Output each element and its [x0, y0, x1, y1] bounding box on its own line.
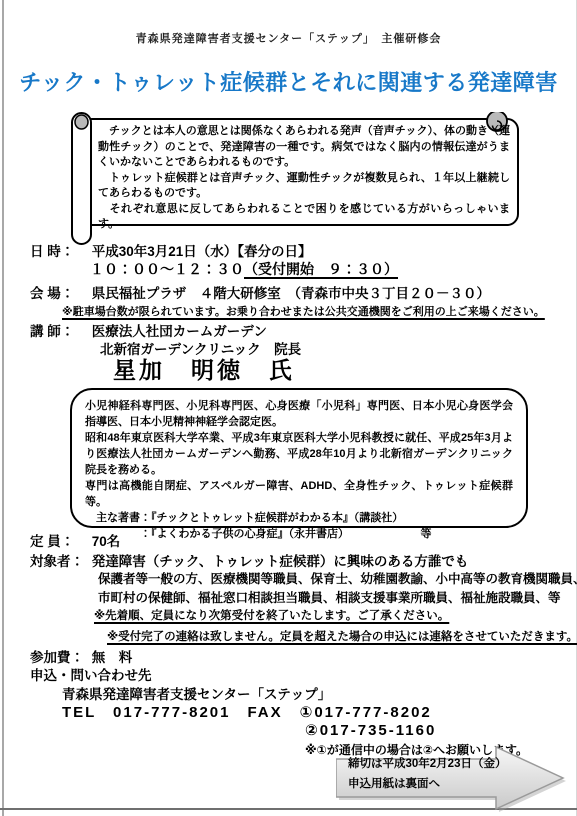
audience-line-2: 保護者等一般の方、医療機関等職員、保育士、幼稚園教諭、小中高等の教育機関職員、 — [98, 569, 577, 587]
audience-line-1: 発達障害（チック、トゥレット症候群）に興味のある方誰でも — [92, 554, 469, 569]
bio-specialty: 専門は高機能自閉症、アスペルガー障害、ADHD、全身性チック、トゥレット症候群等… — [85, 478, 513, 510]
deadline-arrow: 締切は平成30年2月23日（金） 申込用紙は裏面へ — [336, 746, 566, 812]
deadline-line-1: 締切は平成30年2月23日（金） — [348, 754, 506, 774]
page-edge-left — [2, 0, 4, 816]
intro-paragraph-2: トゥレット症候群とは音声チック、運動性チックが複数見られ、１年以上継続してあらわ… — [98, 171, 510, 202]
organizer-header: 青森県発達障害者支援センター「ステップ」 主催研修会 — [0, 30, 577, 46]
contact-tel-fax: TEL 017-777-8201 FAX ①017-777-8202 — [62, 701, 432, 722]
schedule-time-row: １０：００～１２：３０（受付開始 ９：３０） — [90, 259, 398, 279]
lecturer-organization: 医療法人社団カームガーデン — [92, 324, 267, 339]
schedule-reception: （受付開始 ９：３０） — [244, 261, 398, 277]
capacity-value: 70名 — [92, 534, 121, 549]
intro-paragraph-1: チックとは本人の意思とは関係なくあらわれる発声（音声チック）、体の動き（運動性チ… — [98, 124, 510, 171]
bio-book-2: ：『よくわかる子供の心身症』（永井書店） 等 — [85, 526, 513, 542]
venue-name: 県民福祉プラザ ４階大研修室 （青森市中央３丁目２０－３０） — [92, 286, 490, 301]
bio-qualifications: 小児神経科専門医、小児科専門医、心身医療「小児科」専門医、日本小児心身医学会指導… — [85, 398, 513, 430]
fee-value: 無 料 — [92, 650, 133, 665]
page-title: チック・トゥレット症候群とそれに関連する発達障害 — [0, 66, 577, 97]
contact-heading: 申込・問い合わせ先 — [30, 664, 152, 684]
schedule-label: 日 時： — [30, 240, 88, 260]
audience-note-1: ※先着順、定員になり次第受付を終了いたします。ご了承ください。 — [94, 607, 449, 623]
intro-text: チックとは本人の意思とは関係なくあらわれる発声（音声チック）、体の動き（運動性チ… — [98, 124, 510, 233]
lecturer-bio-panel: 小児神経科専門医、小児科専門医、心身医療「小児科」専門医、日本小児心身医学会指導… — [70, 388, 528, 528]
intro-paragraph-3: それぞれ意思に反してあらわれることで困りを感じている方がいらっしゃいます。 — [98, 202, 510, 233]
schedule-date: 平成30年3月21日（水）【春分の日】 — [92, 244, 312, 259]
capacity-row: 定 員： 70名 — [30, 530, 120, 550]
audience-line-3: 市町村の保健師、福祉窓口相談担当職員、相談支援事業所職員、福祉施設職員、等 — [98, 588, 561, 606]
lecturer-row: 講 師： 医療法人社団カームガーデン — [30, 320, 267, 340]
lecturer-label: 講 師： — [30, 320, 88, 340]
contact-organization: 青森県発達障害者支援センター「ステップ」 — [62, 683, 331, 703]
venue-row: 会 場： 県民福祉プラザ ４階大研修室 （青森市中央３丁目２０－３０） — [30, 282, 490, 302]
flyer-page: 青森県発達障害者支援センター「ステップ」 主催研修会 チック・トゥレット症候群と… — [0, 0, 577, 816]
audience-note-2: ※受付完了の連絡は致しません。定員を超えた場合の申込には連絡をさせていただきます… — [107, 628, 577, 644]
deadline-text: 締切は平成30年2月23日（金） 申込用紙は裏面へ — [348, 754, 506, 794]
venue-label: 会 場： — [30, 282, 88, 302]
audience-row: 対象者： 発達障害（チック、トゥレット症候群）に興味のある方誰でも — [30, 550, 468, 570]
contact-fax2: ②017-735-1160 — [305, 721, 436, 739]
bio-career: 昭和48年東京医科大学卒業、平成3年東京医科大学小児科教授に就任、平成25年3月… — [85, 430, 513, 478]
intro-scroll-panel: チックとは本人の意思とは関係なくあらわれる発声（音声チック）、体の動き（運動性チ… — [66, 112, 524, 246]
schedule-time: １０：００～１２：３０ — [90, 261, 244, 277]
fee-row: 参加費： 無 料 — [30, 646, 132, 666]
lecturer-name: 星加 明徳 氏 — [113, 352, 295, 385]
schedule-row: 日 時： 平成30年3月21日（水）【春分の日】 — [30, 240, 312, 260]
fee-label: 参加費： — [30, 646, 88, 666]
deadline-line-2: 申込用紙は裏面へ — [348, 774, 506, 794]
parking-note: ※駐車場台数が限られています。お乗り合わせまたは公共交通機関をご利用の上ご来場く… — [62, 303, 545, 319]
audience-label: 対象者： — [30, 550, 88, 570]
bio-book-1: 主な著書：『チックとトゥレット症候群がわかる本』（講談社） — [85, 510, 513, 526]
capacity-label: 定 員： — [30, 530, 88, 550]
